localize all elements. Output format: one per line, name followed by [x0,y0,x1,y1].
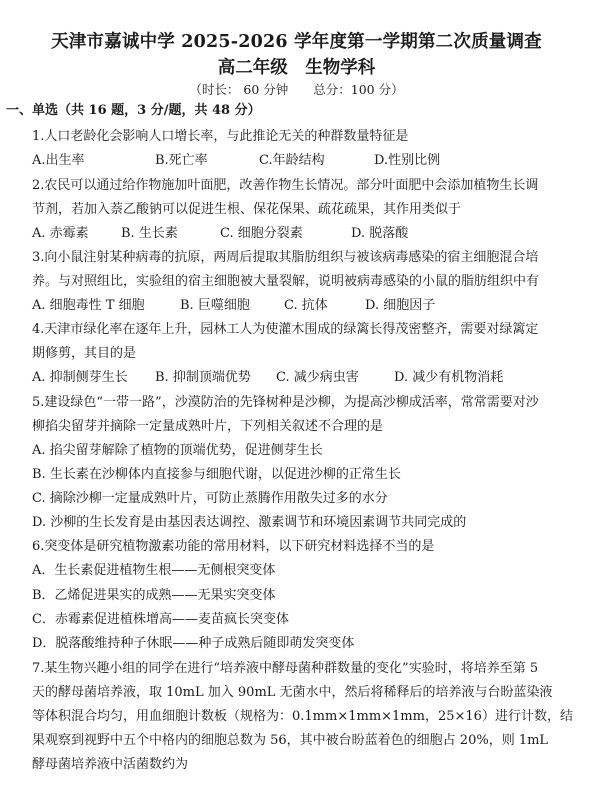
question-1-option-b: B.死亡率 [155,153,208,169]
question-4-option-b: B. 抑制顶端优势 [155,370,251,386]
question-6-option-c: C．赤霉素促进植株增高——麦苗疯长突变体 [32,612,289,628]
exam-info: （时长： 60 分钟 总分：100 分） [0,80,593,98]
question-4-option-c: C. 减少病虫害 [276,370,359,386]
question-4-option-d: D. 减少有机物消耗 [394,370,503,386]
question-2-stem-line-1: 2.农民可以通过给作物施加叶面肥，改善作物生长情况。部分叶面肥中会添加植物生长调 [32,178,538,194]
question-5-option-b: B. 生长素在沙柳体内直接参与细胞代谢，以促进沙柳的正常生长 [32,467,401,483]
question-2-option-b: B. 生长素 [121,226,178,242]
question-3-option-b: B. 巨噬细胞 [180,298,250,314]
question-2-option-c: C. 细胞分裂素 [220,226,303,242]
question-3-option-c: C. 抗体 [284,298,328,314]
question-2-stem-line-2: 节剂，若加入萘乙酸钠可以促进生根、保花保果、疏花疏果，其作用类似于 [32,202,461,218]
question-5-stem-line-1: 5.建设绿色“一带一路”，沙漠防治的先锋树种是沙柳，为提高沙柳成活率，常常需要对… [32,395,539,411]
question-4-stem-line-1: 4.天津市绿化率在逐年上升，园林工人为使灌木围成的绿篱长得茂密整齐，需要对绿篱定 [32,322,538,338]
question-6-option-a: A．生长素促进植物生根——无侧根突变体 [32,563,275,579]
question-3-option-d: D. 细胞因子 [365,298,435,314]
question-3-stem-line-1: 3.向小鼠注射某种病毒的抗原，两周后提取其脂肪组织与被该病毒感染的宿主细胞混合培 [32,250,538,266]
question-1-option-d: D.性别比例 [374,153,440,169]
question-7-stem-line-4: 果观察到视野中五个中格内的细胞总数为 56，其中被台盼蓝着色的细胞占 20%，则… [32,733,548,749]
question-5-option-a: A. 掐尖留芽解除了植物的顶端优势，促进侧芽生长 [32,443,323,459]
question-5-option-c: C. 摘除沙柳一定量成熟叶片，可防止蒸腾作用散失过多的水分 [32,491,388,507]
question-7-stem-line-1: 7.某生物兴趣小组的同学在进行“培养液中酵母菌种群数量的变化”实验时，将培养至第… [32,661,538,677]
question-6-option-b: B．乙烯促进果实的成熟——无果实突变体 [32,588,276,604]
question-1-option-c: C.年龄结构 [259,153,325,169]
question-3-stem-line-2: 养。与对照组比，实验组的宿主细胞被大量裂解，说明被病毒感染的小鼠的脂肪组织中有 [32,274,539,290]
question-6-stem: 6.突变体是研究植物激素功能的常用材料，以下研究材料选择不当的是 [32,539,434,555]
question-2-option-a: A. 赤霉素 [32,226,89,242]
question-1-stem: 1.人口老龄化会影响人口增长率，与此推论无关的种群数量特征是 [32,129,408,145]
question-4-stem-line-2: 期修剪，其目的是 [32,346,136,362]
section-title: 一、单选（共 16 题，3 分/题，共 48 分） [6,103,261,119]
exam-title: 天津市嘉诚中学 2025-2026 学年度第一学期第二次质量调查 [0,28,593,53]
question-5-option-d: D. 沙柳的生长发育是由基因表达调控、激素调节和环境因素调节共同完成的 [32,515,466,531]
question-5-stem-line-2: 柳掐尖留芽并摘除一定量成熟叶片，下列相关叙述不合理的是 [32,419,383,435]
question-6-option-d: D．脱落酸维持种子休眠——种子成熟后随即萌发突变体 [32,636,354,652]
question-7-stem-line-5: 酵母菌培养液中活菌数约为 [32,757,188,773]
question-1-option-a: A.出生率 [32,153,85,169]
exam-subtitle: 高二年级 生物学科 [0,54,593,79]
question-2-option-d: D. 脱落酸 [351,226,408,242]
question-7-stem-line-3: 等体积混合均匀，用血细胞计数板（规格为：0.1mm×1mm×1mm，25×16）… [32,709,573,725]
question-3-option-a: A. 细胞毒性 T 细胞 [32,298,145,314]
question-4-option-a: A. 抑制侧芽生长 [32,370,128,386]
question-7-stem-line-2: 天的酵母菌培养液，取 10mL 加入 90mL 无菌水中，然后将稀释后的培养液与… [32,685,553,701]
